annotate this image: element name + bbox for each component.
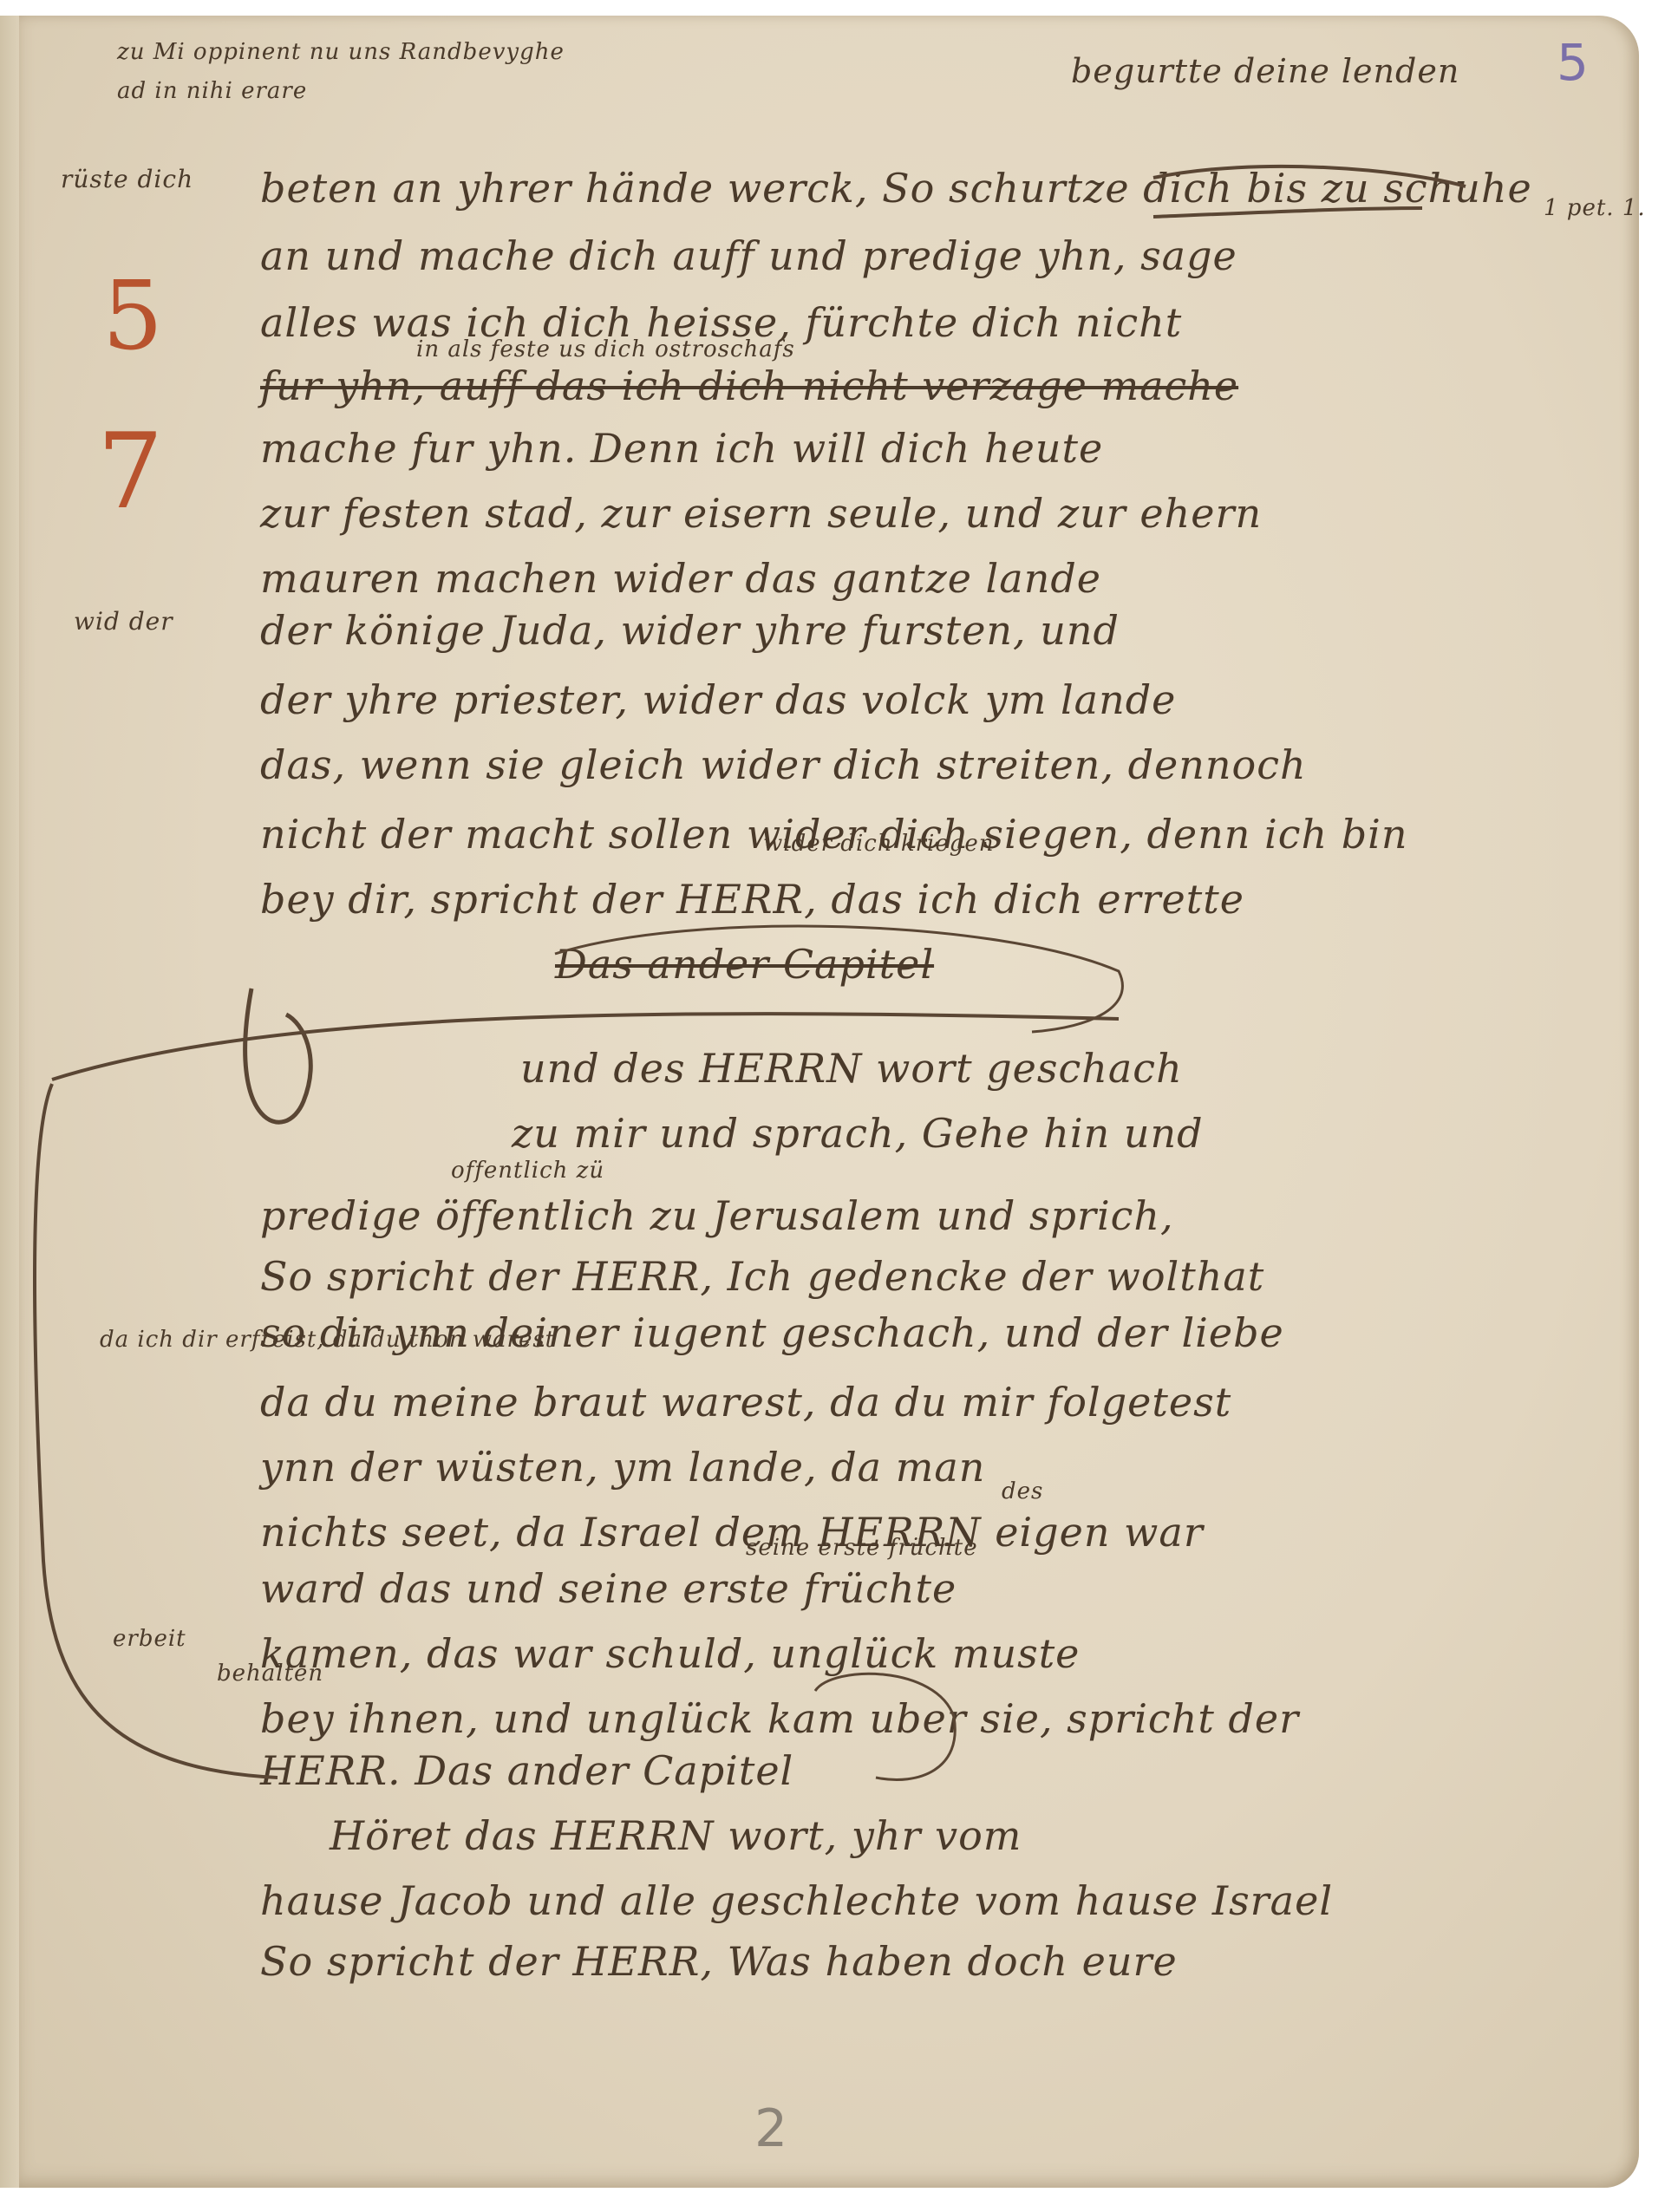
margin-bracket-curve: [35, 1084, 277, 1778]
pen-strokes-overlay: [0, 0, 1665, 2212]
squiggle-mark: [245, 989, 311, 1122]
long-insertion-arc: [52, 1014, 1119, 1080]
inline-circle: [815, 1674, 955, 1779]
deletion-loop-line1: [1153, 166, 1466, 217]
